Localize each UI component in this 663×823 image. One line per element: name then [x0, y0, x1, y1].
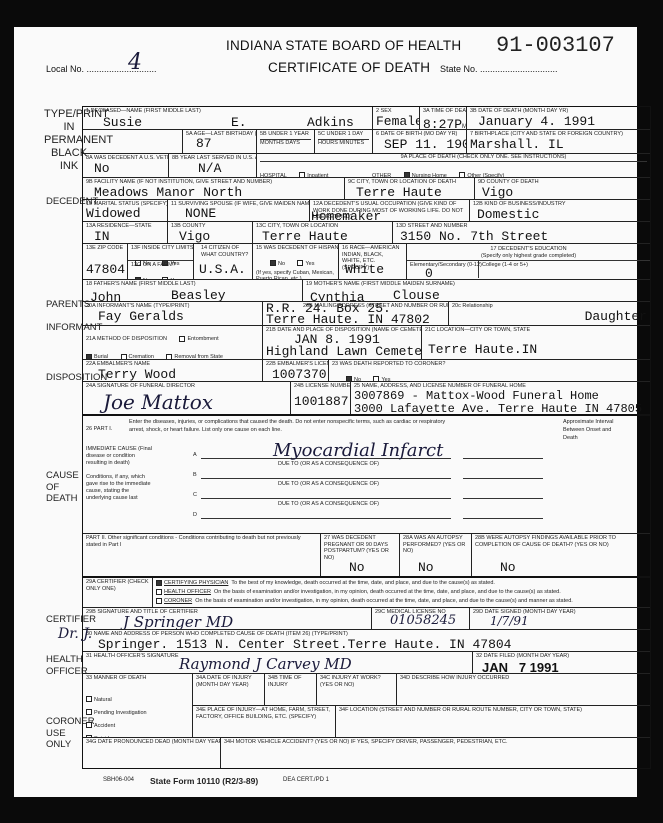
- manner-pending[interactable]: Pending Investigation: [86, 710, 147, 716]
- mother-label: 19 MOTHER'S NAME (First Middle Maiden Su…: [306, 281, 647, 288]
- place-of-death-label: 9a PLACE OF DEATH (Check only one. See i…: [260, 154, 647, 162]
- board-title: INDIANA STATE BOARD OF HEALTH: [226, 38, 461, 53]
- marital-value: Widowed: [86, 208, 164, 219]
- under-1-day-sub: Hours Minutes: [318, 139, 369, 147]
- other-label: OTHER: [372, 173, 391, 178]
- section-health-officer: HEALTH OFFICER: [46, 654, 86, 677]
- autopsy-label: 28a WAS AN AUTOPSY PERFORMED? (Yes or no…: [403, 535, 468, 555]
- manner-natural[interactable]: Natural: [86, 697, 112, 703]
- residence-county-value: Vigo: [171, 230, 249, 244]
- age-value: 87: [186, 138, 253, 149]
- father-label: 18 FATHER'S NAME (First Middle Last): [86, 281, 299, 288]
- other-specify-checkbox[interactable]: Other (Specify): [459, 173, 504, 178]
- interval-c[interactable]: [463, 498, 543, 499]
- facility-value: Meadows Manor North: [86, 186, 341, 200]
- due-to-a: DUE TO (OR AS A CONSEQUENCE OF): [278, 461, 379, 468]
- burial-checkbox[interactable]: Burial: [86, 354, 108, 359]
- hospital-label: HOSPITAL: [260, 173, 287, 178]
- embalmer-license: 1007370: [266, 368, 325, 382]
- cause-line-c[interactable]: [201, 498, 451, 499]
- date-signed-value: 1/7/91: [490, 614, 529, 628]
- injury-describe-label: 34d DESCRIBE HOW INJURY OCCURRED: [400, 675, 647, 682]
- form-number: State Form 10110 (R2/3-89): [150, 776, 258, 786]
- residence-city-value: Terre Haute: [256, 230, 389, 244]
- under-1-year-label: 5b UNDER 1 YEAR: [260, 131, 311, 138]
- citizen-label: 14 CITIZEN OF WHAT COUNTRY?: [197, 245, 249, 258]
- manner-suicide[interactable]: Suicide: [86, 736, 112, 738]
- cremation-checkbox[interactable]: Cremation: [121, 354, 154, 359]
- completed-by-prefix: Dr. J.: [58, 626, 92, 642]
- injury-date-label: 34a DATE OF INJURY (Month Day Year): [196, 675, 261, 688]
- hispanic-note: (If yes, specify Cuban, Mexican, Puerto …: [256, 270, 335, 280]
- first-name: Susie: [103, 116, 142, 129]
- informant-name: Fay Geralds: [86, 310, 259, 324]
- injury-work-label: 34c INJURY AT WORK? (Yes or no): [320, 675, 393, 688]
- due-to-b: DUE TO (OR AS A CONSEQUENCE OF): [278, 481, 379, 488]
- coroner-yes-checkbox[interactable]: Yes: [373, 377, 390, 382]
- under-1-day-label: 5c UNDER 1 DAY: [318, 131, 369, 138]
- citizen-value: U.S.A.: [199, 263, 246, 277]
- spouse-value: NONE: [171, 208, 306, 219]
- director-license-label: 24b LICENSE NUMBER (of Licensee): [294, 383, 347, 390]
- section-cause-of-death: CAUSE OF DEATH: [46, 470, 86, 505]
- certifier-signature: J Springer MD: [123, 613, 233, 629]
- under-1-year-sub: Months Days: [260, 139, 311, 147]
- embalmer-name: Terry Wood: [86, 368, 259, 382]
- certifier-label: 29a CERTIFIER (Check only one): [86, 579, 149, 592]
- immediate-cause-label: IMMEDIATE CAUSE (Final disease or condit…: [86, 446, 156, 467]
- pronounced-dead-label: 34g DATE PRONOUNCED DEAD (Month Day Year…: [86, 739, 217, 746]
- health-officer-option[interactable]: HEALTH OFFICER On the basis of examinati…: [156, 588, 639, 597]
- findings-value: No: [500, 561, 516, 575]
- due-to-c: DUE TO (OR AS A CONSEQUENCE OF): [278, 501, 379, 508]
- disposition-place: Highland Lawn Cemetery: [266, 346, 418, 358]
- local-number-value: 4: [128, 50, 142, 75]
- dob-value: SEP 11. 1903: [376, 138, 463, 152]
- zip-value: 47804: [86, 263, 125, 277]
- state-number-label: State No. ..............................…: [440, 64, 558, 74]
- education-sub: (Specify only highest grade completed): [407, 253, 650, 260]
- autopsy-value: No: [418, 561, 434, 575]
- hispanic-no[interactable]: No: [270, 261, 285, 267]
- completed-by-value: Springer. 1513 N. Center Street.Terre Ha…: [86, 638, 647, 652]
- line-d-marker: d: [193, 512, 197, 519]
- date-filed-value: JAN 7 1991: [476, 660, 647, 674]
- health-officer-signature: Raymond J Carvey MD: [179, 655, 352, 673]
- cause-line-b[interactable]: [201, 478, 451, 479]
- method-label: 21a METHOD OF DISPOSITION: [86, 336, 167, 343]
- part2-label: PART II. Other significant conditions - …: [86, 535, 317, 548]
- coroner-no-checkbox[interactable]: No: [346, 377, 361, 382]
- disposition-location: Terre Haute.IN: [428, 343, 537, 357]
- vehicle-accident-label: 34h MOTOR VEHICLE ACCIDENT? (Yes or no) …: [224, 739, 647, 746]
- name-label: 1 DECEASED—NAME (First Middle Last): [86, 108, 369, 115]
- line-b-marker: b: [193, 472, 197, 479]
- mailing-address-line2: Terre Haute. IN 47802: [266, 314, 445, 325]
- middle-name: E.: [231, 116, 247, 129]
- part1-label: 26 PART I.: [86, 426, 126, 433]
- removal-checkbox[interactable]: Removal from State: [166, 354, 223, 359]
- coroner-reported-label: 23 WAS DEATH REPORTED TO CORONER?: [332, 361, 647, 368]
- residence-state-value: IN: [86, 230, 164, 244]
- year-served-value: N/A: [172, 162, 253, 176]
- mother-last: Clouse: [393, 289, 440, 301]
- business-value: Domestic: [473, 208, 647, 222]
- director-signature: Joe Mattox: [103, 390, 213, 414]
- inpatient-checkbox[interactable]: Inpatient: [299, 173, 328, 178]
- mother-first: Cynthia: [306, 290, 365, 302]
- line-c-marker: c: [193, 492, 197, 499]
- last-name: Adkins: [307, 116, 354, 129]
- director-signature-label: 24a SIGNATURE OF FUNERAL DIRECTOR: [86, 383, 287, 390]
- certifying-physician-option[interactable]: CERTIFYING PHYSICIAN To the best of my k…: [156, 579, 639, 588]
- street-value: 3150 No. 7th Street: [396, 230, 647, 244]
- funeral-home-line2: 3000 Lafayette Ave. Terre Haute IN 47805: [354, 403, 647, 415]
- certificate-form: 1 DECEASED—NAME (First Middle Last) Susi…: [82, 106, 651, 769]
- medical-license-value: 01058245: [390, 613, 456, 628]
- farm-yes[interactable]: Yes: [162, 278, 179, 280]
- sex-value: Female: [376, 115, 416, 129]
- findings-label: 28b WERE AUTOPSY FINDINGS AVAILABLE PRIO…: [475, 535, 647, 548]
- college-label: College (1-4 or 5+): [482, 262, 647, 269]
- underlying-conditions-label: Conditions, if any, which gave rise to t…: [86, 474, 156, 502]
- farm-no[interactable]: No: [135, 278, 150, 280]
- coroner-option[interactable]: CORONER On the basis of examination and/…: [156, 597, 639, 606]
- manner-accident[interactable]: Accident: [86, 723, 115, 729]
- injury-location-label: 34f LOCATION (Street and Number or Rural…: [339, 707, 647, 714]
- father-last: Beasley: [171, 289, 226, 301]
- cause-line-d[interactable]: [201, 518, 451, 519]
- father-first: John: [86, 290, 121, 302]
- zip-label: 13e ZIP CODE: [86, 245, 124, 252]
- state-number-value: 91-003107: [496, 33, 615, 58]
- city-of-death-value: Terre Haute: [348, 186, 471, 200]
- pregnant-label: 27 WAS DECEDENT PREGNANT OR 90 DAYS POST…: [324, 535, 396, 561]
- disposition-location-label: 21c LOCATION—City or Town, State: [425, 327, 647, 334]
- city-limits-label: 13f INSIDE CITY LIMITS: [131, 245, 190, 252]
- manner-label: 33 MANNER OF DEATH: [86, 675, 189, 682]
- birthplace-value: Marshall. IL: [470, 138, 647, 152]
- interval-a[interactable]: [463, 458, 543, 459]
- date-of-death-value: January 4. 1991: [470, 115, 647, 129]
- hispanic-yes[interactable]: Yes: [297, 261, 314, 267]
- elementary-value: 0: [425, 267, 433, 279]
- line-a-marker: a: [193, 452, 197, 459]
- director-license: 1001887: [294, 395, 347, 409]
- time-label: 3a TIME OF DEATH: [423, 108, 463, 115]
- injury-time-label: 34b TIME OF INJURY: [268, 675, 313, 688]
- interval-b[interactable]: [463, 478, 543, 479]
- hispanic-label: 15 WAS DECEDENT OF HISPANIC ORIGIN?: [256, 245, 335, 252]
- cause-a-value: Myocardial Infarct: [273, 440, 443, 461]
- pregnant-value: No: [349, 561, 365, 575]
- certificate-title: CERTIFICATE OF DEATH: [268, 60, 430, 75]
- county-of-death-value: Vigo: [478, 186, 647, 200]
- funeral-home-line1: 3007869 - Mattox-Wood Funeral Home: [354, 390, 647, 403]
- part1-instructions: Enter the diseases, injuries, or complic…: [129, 418, 459, 434]
- race-value: White: [345, 263, 384, 277]
- entombment-checkbox[interactable]: Entombment: [179, 336, 218, 342]
- interval-label: Approximate Interval Between Onset and D…: [563, 418, 623, 442]
- interval-d[interactable]: [463, 518, 543, 519]
- form-code: SBH06-004: [103, 777, 134, 783]
- nursing-home-checkbox[interactable]: Nursing Home: [404, 173, 447, 178]
- veteran-value: No: [86, 162, 165, 176]
- time-value: 8:27P: [423, 117, 462, 130]
- elementary-label: Elementary/Secondary (0-12): [410, 262, 475, 269]
- relationship-value: Daughter: [452, 310, 647, 324]
- mailing-address-label: 20b MAILING ADDRESS (Street and Number o…: [303, 303, 449, 310]
- injury-place-label: 34e PLACE OF INJURY—At home, farm, stree…: [196, 707, 332, 720]
- cert-code: DEA CERT./PD 1: [283, 777, 329, 783]
- occupation-value: Homemaker: [311, 210, 381, 221]
